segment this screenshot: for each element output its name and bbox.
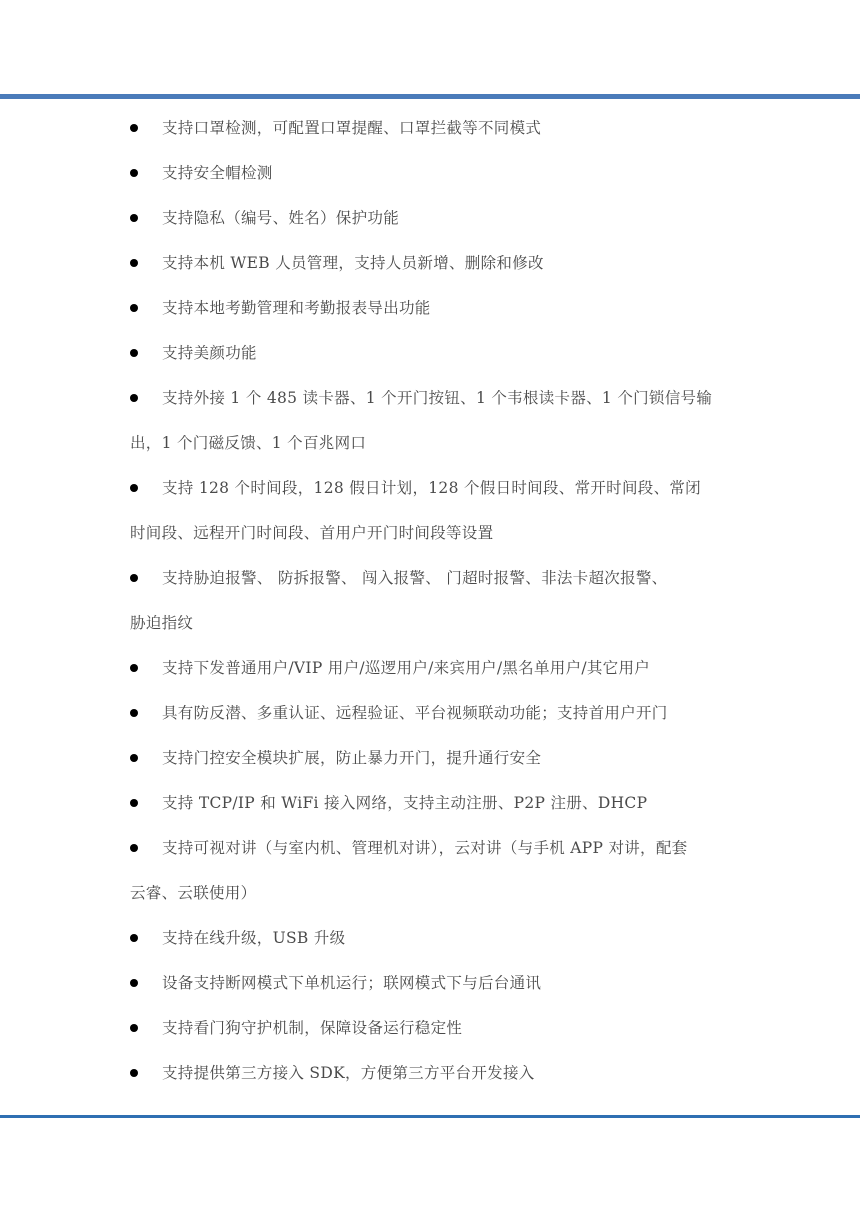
list-item-continuation: 时间段、远程开门时间段、首用户开门时间段等设置: [0, 521, 860, 545]
list-item: 支持胁迫报警、 防拆报警、 闯入报警、 门超时报警、非法卡超次报警、: [0, 566, 860, 590]
list-item-text: 支持提供第三方接入 SDK，方便第三方平台开发接入: [162, 1061, 535, 1085]
list-item: 支持可视对讲（与室内机、管理机对讲），云对讲（与手机 APP 对讲，配套: [0, 836, 860, 860]
bullet-icon: [130, 169, 138, 177]
list-item: 具有防反潜、多重认证、远程验证、平台视频联动功能；支持首用户开门: [0, 701, 860, 725]
header-rule: [0, 94, 860, 99]
bullet-icon: [130, 979, 138, 987]
bullet-icon: [130, 934, 138, 942]
list-item-text: 支持隐私（编号、姓名）保护功能: [162, 206, 399, 230]
list-item-text: 设备支持断网模式下单机运行；联网模式下与后台通讯: [162, 971, 541, 995]
bullet-icon: [130, 394, 138, 402]
bullet-icon: [130, 1069, 138, 1077]
list-item-continuation: 云睿、云联使用）: [0, 881, 860, 905]
list-item-text: 支持看门狗守护机制，保障设备运行稳定性: [162, 1016, 462, 1040]
bullet-icon: [130, 484, 138, 492]
bullet-icon: [130, 259, 138, 267]
list-item-text: 支持胁迫报警、 防拆报警、 闯入报警、 门超时报警、非法卡超次报警、: [162, 566, 667, 590]
list-item: 支持本地考勤管理和考勤报表导出功能: [0, 296, 860, 320]
list-item: 支持门控安全模块扩展，防止暴力开门，提升通行安全: [0, 746, 860, 770]
bullet-icon: [130, 1024, 138, 1032]
list-item: 支持下发普通用户/VIP 用户/巡逻用户/来宾用户/黑名单用户/其它用户: [0, 656, 860, 680]
list-item-text: 支持 TCP/IP 和 WiFi 接入网络，支持主动注册、P2P 注册、DHCP: [162, 791, 647, 815]
list-item-text: 支持下发普通用户/VIP 用户/巡逻用户/来宾用户/黑名单用户/其它用户: [162, 656, 650, 680]
list-item-text: 云睿、云联使用）: [130, 881, 256, 905]
list-item: 支持口罩检测，可配置口罩提醒、口罩拦截等不同模式: [0, 116, 860, 140]
list-item: 支持在线升级，USB 升级: [0, 926, 860, 950]
list-item-text: 支持本地考勤管理和考勤报表导出功能: [162, 296, 431, 320]
list-item-text: 胁迫指纹: [130, 611, 193, 635]
list-item: 支持美颜功能: [0, 341, 860, 365]
list-item: 支持外接 1 个 485 读卡器、1 个开门按钮、1 个韦根读卡器、1 个门锁信…: [0, 386, 860, 410]
footer-rule: [0, 1115, 860, 1118]
list-item: 支持 TCP/IP 和 WiFi 接入网络，支持主动注册、P2P 注册、DHCP: [0, 791, 860, 815]
bullet-icon: [130, 304, 138, 312]
bullet-icon: [130, 844, 138, 852]
list-item: 支持提供第三方接入 SDK，方便第三方平台开发接入: [0, 1061, 860, 1085]
list-item: 支持隐私（编号、姓名）保护功能: [0, 206, 860, 230]
list-item-text: 支持美颜功能: [162, 341, 257, 365]
bullet-icon: [130, 664, 138, 672]
list-item-text: 时间段、远程开门时间段、首用户开门时间段等设置: [130, 521, 493, 545]
list-item-continuation: 出，1 个门磁反馈、1 个百兆网口: [0, 431, 860, 455]
list-item-continuation: 胁迫指纹: [0, 611, 860, 635]
list-item-text: 支持外接 1 个 485 读卡器、1 个开门按钮、1 个韦根读卡器、1 个门锁信…: [162, 386, 712, 410]
bullet-icon: [130, 124, 138, 132]
list-item-text: 支持在线升级，USB 升级: [162, 926, 345, 950]
list-item-text: 出，1 个门磁反馈、1 个百兆网口: [130, 431, 366, 455]
list-item: 支持 128 个时间段，128 假日计划，128 个假日时间段、常开时间段、常闭: [0, 476, 860, 500]
list-item: 支持本机 WEB 人员管理，支持人员新增、删除和修改: [0, 251, 860, 275]
bullet-icon: [130, 574, 138, 582]
list-item-text: 支持可视对讲（与室内机、管理机对讲），云对讲（与手机 APP 对讲，配套: [162, 836, 687, 860]
list-item: 支持看门狗守护机制，保障设备运行稳定性: [0, 1016, 860, 1040]
list-item-text: 支持口罩检测，可配置口罩提醒、口罩拦截等不同模式: [162, 116, 541, 140]
bullet-icon: [130, 754, 138, 762]
bullet-icon: [130, 349, 138, 357]
list-item: 支持安全帽检测: [0, 161, 860, 185]
bullet-icon: [130, 214, 138, 222]
list-item-text: 支持安全帽检测: [162, 161, 273, 185]
list-item-text: 支持 128 个时间段，128 假日计划，128 个假日时间段、常开时间段、常闭: [162, 476, 701, 500]
list-item-text: 具有防反潜、多重认证、远程验证、平台视频联动功能；支持首用户开门: [162, 701, 668, 725]
bullet-icon: [130, 709, 138, 717]
list-item-text: 支持门控安全模块扩展，防止暴力开门，提升通行安全: [162, 746, 541, 770]
bullet-icon: [130, 799, 138, 807]
list-item-text: 支持本机 WEB 人员管理，支持人员新增、删除和修改: [162, 251, 544, 275]
list-item: 设备支持断网模式下单机运行；联网模式下与后台通讯: [0, 971, 860, 995]
